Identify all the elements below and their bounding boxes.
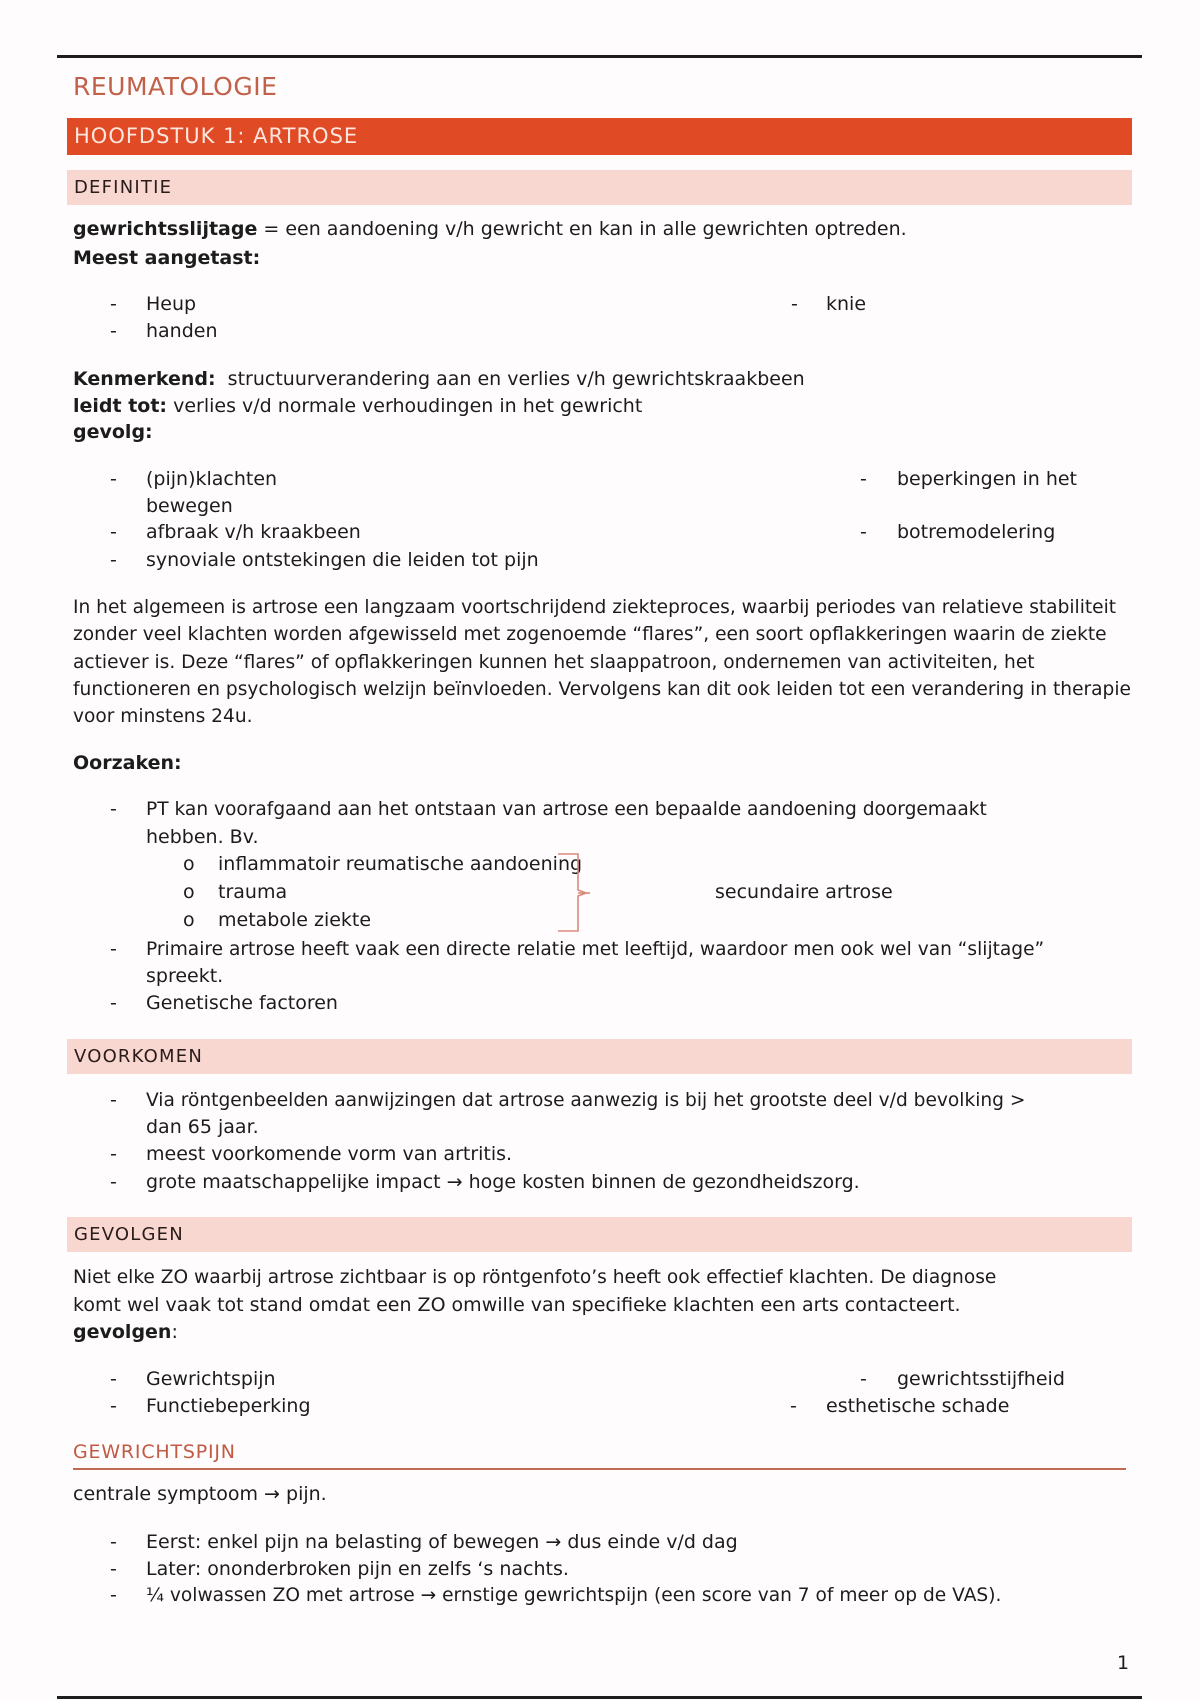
- list-item: gewrichtsstijfheid: [897, 1366, 1065, 1393]
- list-item-continuation: dan 65 jaar.: [146, 1114, 259, 1141]
- bullet: -: [791, 291, 798, 318]
- section-band-voorkomen: VOORKOMEN: [67, 1039, 1132, 1074]
- oorzaken-label: Oorzaken:: [73, 750, 182, 777]
- bullet: -: [790, 1393, 797, 1420]
- sub-bullet: o: [183, 851, 195, 878]
- bullet: -: [110, 547, 117, 574]
- chapter-heading-bar: HOOFDSTUK 1: ARTROSE: [67, 118, 1132, 155]
- list-item: Via röntgenbeelden aanwijzingen dat artr…: [146, 1087, 1025, 1114]
- list-item-continuation: spreekt.: [146, 963, 223, 990]
- leidt-line: leidt tot: verlies v/d normale verhoudin…: [73, 393, 642, 420]
- sub-list-item: metabole ziekte: [218, 907, 371, 934]
- term-definition: = een aandoening v/h gewricht en kan in …: [257, 218, 906, 240]
- list-item: Functiebeperking: [146, 1393, 311, 1420]
- sub-bullet: o: [183, 879, 195, 906]
- intro-paragraph: In het algemeen is artrose een langzaam …: [73, 594, 1133, 730]
- list-item: ¼ volwassen ZO met artrose → ernstige ge…: [146, 1582, 1001, 1609]
- top-rule: [57, 55, 1142, 58]
- bullet: -: [110, 796, 117, 823]
- list-item: knie: [826, 291, 866, 318]
- subsection-underline: [73, 1468, 1126, 1470]
- list-item: afbraak v/h kraakbeen: [146, 519, 361, 546]
- bullet: -: [110, 1556, 117, 1583]
- list-item: meest voorkomende vorm van artritis.: [146, 1141, 512, 1168]
- bullet: -: [860, 1366, 867, 1393]
- bullet: -: [110, 1366, 117, 1393]
- list-item: beperkingen in het: [897, 466, 1077, 493]
- kenmerkend-text: structuurverandering aan en verlies v/h …: [216, 368, 805, 390]
- bullet: -: [110, 936, 117, 963]
- bullet: -: [110, 1582, 117, 1609]
- list-item-continuation: hebben. Bv.: [146, 824, 259, 851]
- list-item: Later: ononderbroken pijn en zelfs ‘s na…: [146, 1556, 569, 1583]
- list-item: botremodelering: [897, 519, 1055, 546]
- list-item: PT kan voorafgaand aan het ontstaan van …: [146, 796, 987, 823]
- definition-line: gewrichtsslijtage = een aandoening v/h g…: [73, 216, 907, 243]
- sub-list-item: trauma: [218, 879, 287, 906]
- list-item: synoviale ontstekingen die leiden tot pi…: [146, 547, 539, 574]
- bullet: -: [110, 291, 117, 318]
- bottom-rule: [57, 1696, 1142, 1699]
- section-heading: DEFINITIE: [74, 177, 172, 198]
- section-band-definitie: DEFINITIE: [67, 170, 1132, 205]
- leidt-text: verlies v/d normale verhoudingen in het …: [167, 395, 642, 417]
- bullet: -: [110, 1393, 117, 1420]
- section-band-gevolgen: GEVOLGEN: [67, 1217, 1132, 1252]
- meest-label: Meest aangetast:: [73, 245, 260, 272]
- list-item: Gewrichtspijn: [146, 1366, 276, 1393]
- bullet: -: [110, 318, 117, 345]
- gevolgen-label-line: gevolgen:: [73, 1319, 178, 1346]
- chapter-heading: HOOFDSTUK 1: ARTROSE: [74, 124, 358, 148]
- document-title: REUMATOLOGIE: [73, 72, 277, 101]
- bullet: -: [110, 1087, 117, 1114]
- intro-line: centrale symptoom → pijn.: [73, 1481, 327, 1508]
- colon: :: [171, 1321, 177, 1343]
- subsection-heading: GEWRICHTSPIJN: [73, 1441, 236, 1463]
- bullet: -: [110, 466, 117, 493]
- bullet: -: [110, 519, 117, 546]
- bullet: -: [110, 1169, 117, 1196]
- leidt-label: leidt tot:: [73, 395, 167, 417]
- list-item: grote maatschappelijke impact → hoge kos…: [146, 1169, 860, 1196]
- list-item-continuation: bewegen: [146, 493, 233, 520]
- sub-list-item: inflammatoir reumatische aandoening: [218, 851, 582, 878]
- gevolgen-text-line: komt wel vaak tot stand omdat een ZO omw…: [73, 1292, 961, 1319]
- page-number: 1: [1117, 1652, 1129, 1674]
- list-item: Heup: [146, 291, 196, 318]
- right-brace-icon: [556, 852, 606, 934]
- kenmerkend-line: Kenmerkend: structuurverandering aan en …: [73, 366, 805, 393]
- bullet: -: [110, 1141, 117, 1168]
- gevolg-label: gevolg:: [73, 419, 153, 446]
- list-item: Genetische factoren: [146, 990, 338, 1017]
- gevolgen-label: gevolgen: [73, 1321, 171, 1343]
- bullet: -: [860, 519, 867, 546]
- bullet: -: [110, 990, 117, 1017]
- list-item: Primaire artrose heeft vaak een directe …: [146, 936, 1044, 963]
- list-item: (pijn)klachten: [146, 466, 277, 493]
- list-item: handen: [146, 318, 218, 345]
- bullet: -: [860, 466, 867, 493]
- section-heading: VOORKOMEN: [74, 1046, 203, 1067]
- bullet: -: [110, 1529, 117, 1556]
- section-heading: GEVOLGEN: [74, 1224, 184, 1245]
- sub-bullet: o: [183, 907, 195, 934]
- term: gewrichtsslijtage: [73, 218, 257, 240]
- list-item: esthetische schade: [826, 1393, 1009, 1420]
- gevolgen-text-line: Niet elke ZO waarbij artrose zichtbaar i…: [73, 1264, 996, 1291]
- list-item: Eerst: enkel pijn na belasting of bewege…: [146, 1529, 738, 1556]
- secundaire-artrose-label: secundaire artrose: [715, 879, 893, 906]
- kenmerkend-label: Kenmerkend:: [73, 368, 216, 390]
